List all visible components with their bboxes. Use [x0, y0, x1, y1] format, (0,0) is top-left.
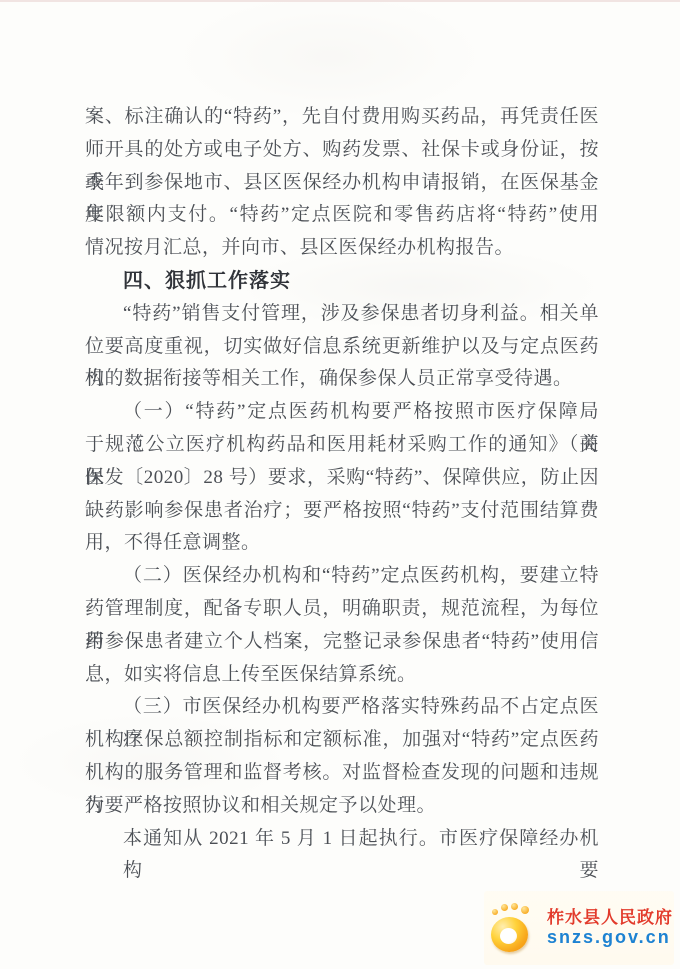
site-watermark: 柞水县人民政府 snzs.gov.cn [484, 891, 674, 965]
logo-toe-dot [492, 909, 498, 915]
text-line: 药参保患者建立个人档案，完整记录参保患者“特药”使用信 [85, 626, 599, 659]
text-line: 度限额内支付。“特药”定点医院和零售药店将“特药”使用 [85, 199, 599, 232]
text-line: 缺药影响参保患者治疗；要严格按照“特药”支付范围结算费 [85, 495, 599, 528]
text-line: （三）市医保经办机构要严格落实特殊药品不占定点医疗 [85, 691, 599, 724]
text-line: 机构医保总额控制指标和定额标准，加强对“特药”定点医药 [85, 724, 599, 757]
text-line: “特药”销售支付管理，涉及参保患者切身利益。相关单 [85, 298, 599, 331]
text-line: 案、标注确认的“特药”，先自付费用购买药品，再凭责任医 [85, 101, 599, 134]
logo-toe-dot [501, 904, 508, 911]
text-line: 机构的服务管理和监督考核。对监督检查发现的问题和违规行 [85, 757, 599, 790]
footprint-ring-icon [488, 899, 540, 957]
text-line: 师开具的处方或电子处方、购药发票、社保卡或身份证，按季 [85, 134, 599, 167]
logo-toe-dot [511, 903, 518, 910]
text-line: 为要严格按照协议和相关规定予以处理。 [85, 790, 599, 823]
watermark-site-name: 柞水县人民政府 [547, 908, 673, 928]
logo-toe-dot [521, 906, 529, 914]
document-text-block: 案、标注确认的“特药”，先自付费用购买药品，再凭责任医师开具的处方或电子处方、购… [85, 101, 599, 855]
text-line: 位要高度重视，切实做好信息系统更新维护以及与定点医药机 [85, 331, 599, 364]
text-line: （二）医保经办机构和“特药”定点医药机构，要建立特 [85, 560, 599, 593]
text-line: 于规范公立医疗机构药品和医用耗材采购工作的通知》（商医 [85, 429, 599, 462]
text-line: 情况按月汇总，并向市、县区医保经办机构报告。 [85, 232, 599, 265]
text-line: （一）“特药”定点医药机构要严格按照市医疗保障局《关 [85, 396, 599, 429]
text-line: 保发〔2020〕28 号）要求，采购“特药”、保障供应，防止因 [85, 462, 599, 495]
text-line: 本通知从 2021 年 5 月 1 日起执行。市医疗保障经办机构要 [85, 823, 599, 856]
watermark-text: 柞水县人民政府 snzs.gov.cn [547, 908, 673, 948]
text-line: 息，如实将信息上传至医保结算系统。 [85, 659, 599, 692]
watermark-site-url: snzs.gov.cn [547, 927, 673, 948]
logo-ring [491, 917, 528, 952]
text-line: 用，不得任意调整。 [85, 527, 599, 560]
scanned-document-page: 案、标注确认的“特药”，先自付费用购买药品，再凭责任医师开具的处方或电子处方、购… [0, 0, 680, 969]
text-line: 构的数据衔接等相关工作，确保参保人员正常享受待遇。 [85, 363, 599, 396]
text-line: 或年到参保地市、县区医保经办机构申请报销，在医保基金年 [85, 167, 599, 200]
text-line: 药管理制度，配备专职人员，明确职责，规范流程，为每位用 [85, 593, 599, 626]
section-heading: 四、狠抓工作落实 [85, 265, 599, 298]
